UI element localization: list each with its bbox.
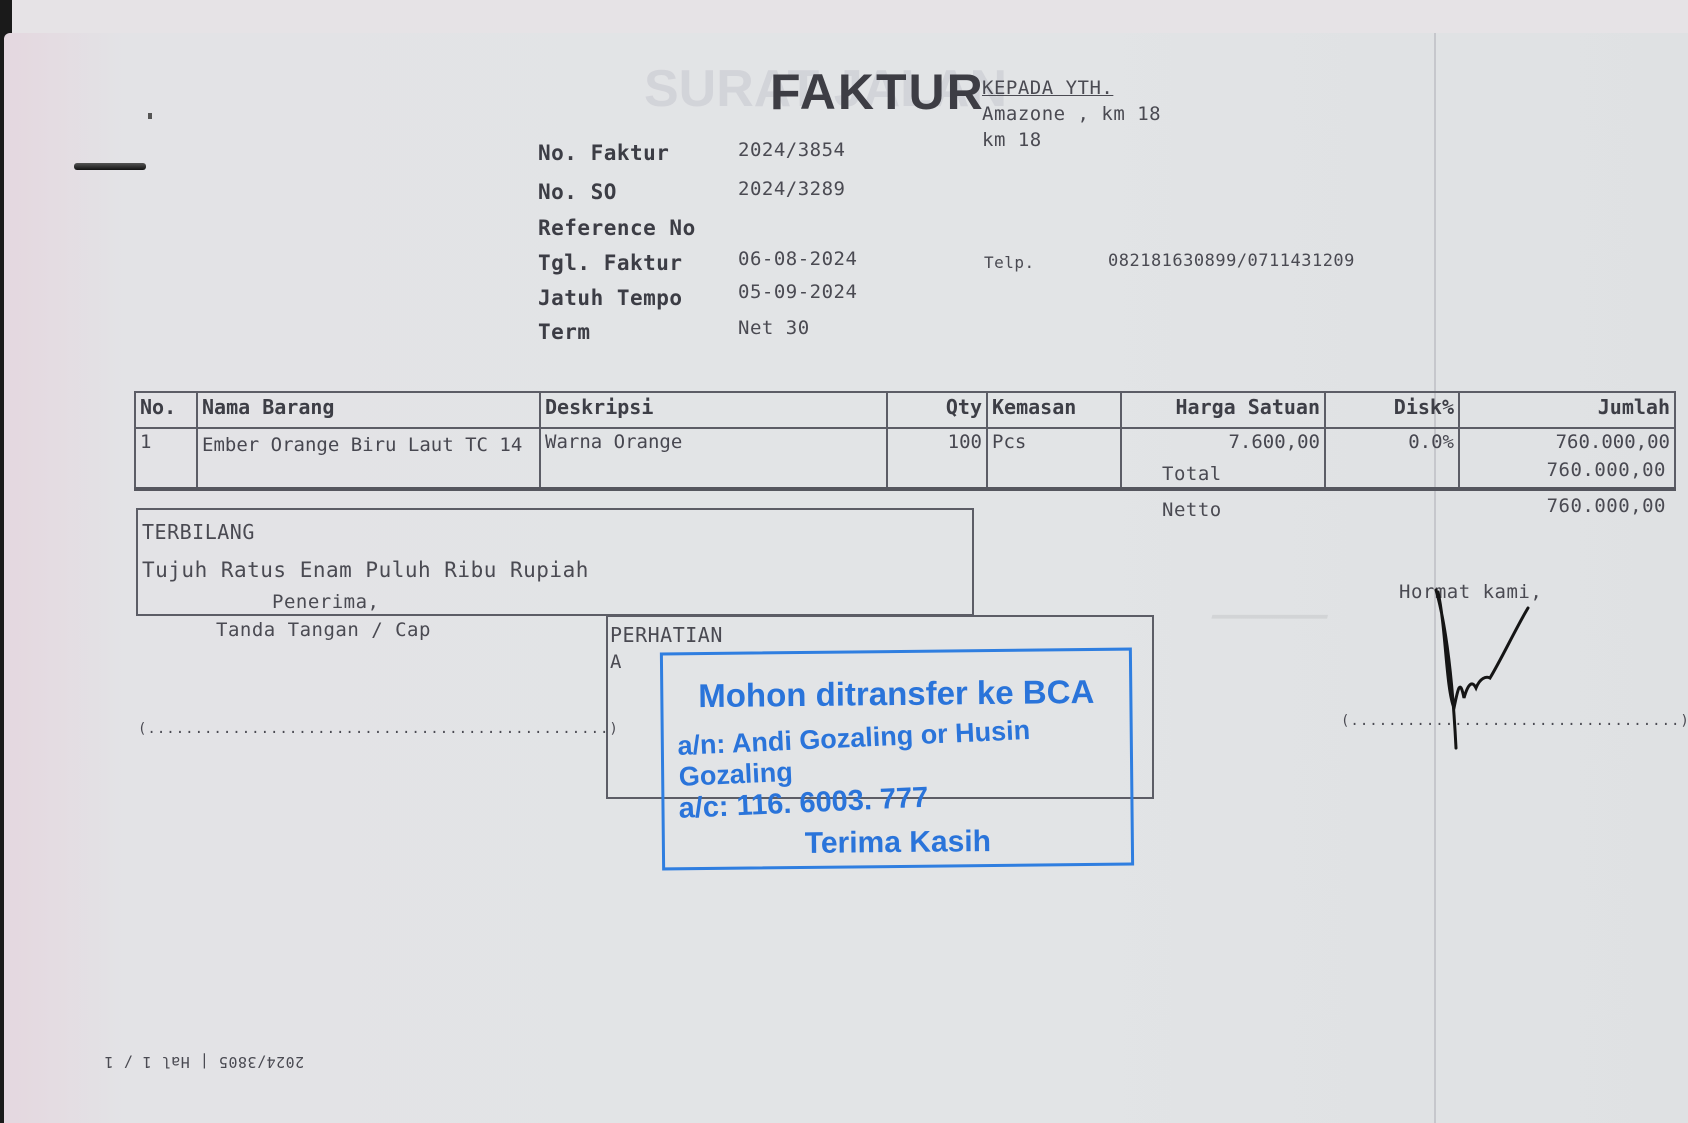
cell-disk: 0.0% [1325,428,1459,489]
punch-mark [148,113,152,119]
receiver-sub-label: Tanda Tangan / Cap [216,619,431,641]
col-header-deskripsi: Deskripsi [540,392,887,428]
field-label-tgl-faktur: Tgl. Faktur [538,251,683,275]
recipient-address-line1: Amazone , km 18 [982,103,1161,125]
cell-kemasan: Pcs [987,428,1121,489]
field-label-no-faktur: No. Faktur [538,141,669,165]
document-title: FAKTUR [770,63,985,121]
cell-qty: 100 [887,428,987,489]
cell-no: 1 [135,428,197,489]
perhatian-label: PERHATIAN [610,623,723,647]
col-header-harga-satuan: Harga Satuan [1121,392,1325,428]
col-header-jumlah: Jumlah [1459,392,1675,428]
field-value-term: Net 30 [738,317,810,339]
total-value: 760.000,00 [1547,459,1666,481]
recipient-heading: KEPADA YTH. [982,77,1113,99]
faint-bleed-signature: ⸺ [1204,553,1326,657]
field-label-term: Term [538,320,591,344]
field-label-no-so: No. SO [538,180,617,204]
bank-transfer-stamp: Mohon ditransfer ke BCA a/n: Andi Gozali… [660,648,1134,871]
terbilang-box: TERBILANG Tujuh Ratus Enam Puluh Ribu Ru… [136,508,974,616]
cell-harga-satuan: 7.600,00 [1121,428,1325,489]
stamp-line-thanks: Terima Kasih [665,824,1131,863]
terbilang-text: Tujuh Ratus Enam Puluh Ribu Rupiah [142,558,589,582]
table-row: 1 Ember Orange Biru Laut TC 14 Warna Ora… [135,428,1675,489]
cell-deskripsi: Warna Orange [540,428,887,489]
handwritten-signature-icon [1424,588,1544,758]
field-value-jatuh-tempo: 05-09-2024 [738,281,857,303]
recipient-phone-label: Telp. [984,253,1035,272]
perhatian-text: A [610,651,622,673]
recipient-address-line2: km 18 [982,129,1042,151]
field-value-no-so: 2024/3289 [738,178,845,200]
field-label-reference-no: Reference No [538,216,696,240]
footer-page-info: 2024/3805 | Hal 1 / 1 [104,1053,304,1071]
items-table: No. Nama Barang Deskripsi Qty Kemasan Ha… [134,391,1676,491]
col-header-disk: Disk% [1325,392,1459,428]
terbilang-label: TERBILANG [142,520,255,544]
stamp-line-transfer: Mohon ditransfer ke BCA [663,673,1129,716]
col-header-kemasan: Kemasan [987,392,1121,428]
field-value-tgl-faktur: 06-08-2024 [738,248,857,270]
netto-value: 760.000,00 [1547,495,1666,517]
invoice-paper: SURAT JALAN FAKTUR No. Faktur 2024/3854 … [4,33,1688,1123]
col-header-qty: Qty [887,392,987,428]
paper-fold-line [1434,33,1436,1123]
cell-nama-barang: Ember Orange Biru Laut TC 14 [197,428,540,489]
netto-label: Netto [1162,499,1222,521]
col-header-nama-barang: Nama Barang [197,392,540,428]
footer-page-info-text: 2024/3805 | Hal 1 / 1 [104,1053,304,1071]
field-value-no-faktur: 2024/3854 [738,139,845,161]
field-label-jatuh-tempo: Jatuh Tempo [538,286,683,310]
items-table-header: No. Nama Barang Deskripsi Qty Kemasan Ha… [135,392,1675,428]
recipient-phone: 082181630899/0711431209 [1108,251,1355,271]
receiver-sign-line: (.......................................… [138,721,619,737]
receiver-label: Penerima, [272,591,379,613]
total-label: Total [1162,463,1222,485]
col-header-no: No. [135,392,197,428]
staple-icon [74,163,146,170]
